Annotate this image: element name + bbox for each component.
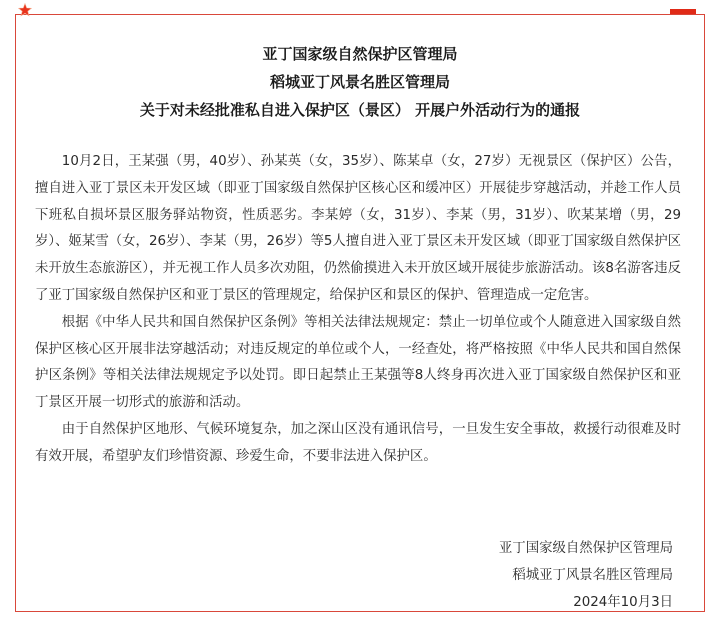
issuer-line-1: 亚丁国家级自然保护区管理局 bbox=[15, 40, 705, 68]
signature-org-1: 亚丁国家级自然保护区管理局 bbox=[499, 536, 673, 563]
signature-date: 2024年10月3日 bbox=[499, 590, 673, 617]
notice-header: 亚丁国家级自然保护区管理局 稻城亚丁风景名胜区管理局 关于对未经批准私自进入保护… bbox=[15, 40, 705, 124]
notice-body: 10月2日，王某强（男，40岁）、孙某英（女，35岁）、陈某卓（女，27岁）无视… bbox=[35, 149, 681, 471]
signature-block: 亚丁国家级自然保护区管理局 稻城亚丁风景名胜区管理局 2024年10月3日 bbox=[499, 536, 673, 616]
paragraph-safety-warning: 由于自然保护区地形、气候环境复杂，加之深山区没有通讯信号，一旦发生安全事故，救援… bbox=[35, 417, 681, 471]
paragraph-incident: 10月2日，王某强（男，40岁）、孙某英（女，35岁）、陈某卓（女，27岁）无视… bbox=[35, 149, 681, 310]
paragraph-regulation: 根据《中华人民共和国自然保护区条例》等相关法律法规规定：禁止一切单位或个人随意进… bbox=[35, 310, 681, 417]
corner-accent-bar bbox=[670, 9, 696, 14]
signature-org-2: 稻城亚丁风景名胜区管理局 bbox=[499, 563, 673, 590]
star-icon bbox=[18, 3, 32, 17]
issuer-line-2: 稻城亚丁风景名胜区管理局 bbox=[15, 68, 705, 96]
notice-title: 关于对未经批准私自进入保护区（景区） 开展户外活动行为的通报 bbox=[15, 96, 705, 124]
